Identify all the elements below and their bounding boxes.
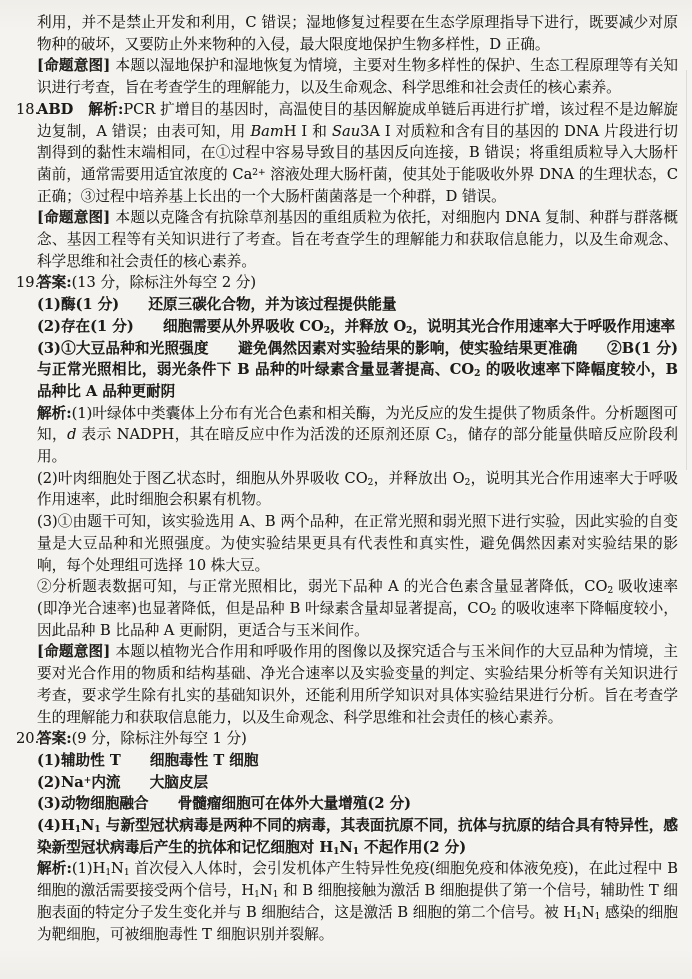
text-run: (13 分，除标注外每空 2 分) <box>72 274 257 291</box>
scanned-answer-key-page: 利用，并不是禁止开发和利用，C 错误；湿地修复过程要在生态学原理指导下进行，既要… <box>0 0 692 979</box>
text-run: (1)辅助性 T 细胞毒性 T 细胞 <box>37 752 258 769</box>
q17-intent: [命题意图] 本题以湿地保护和湿地恢复为情境，主要对生物多样性的保护、生态工程原… <box>37 55 678 98</box>
text-run: (9 分，除标注外每空 1 分) <box>72 730 247 747</box>
q19-analysis-2: (2)叶肉细胞处于图乙状态时，细胞从外界吸收 CO2，并释放出 O2，说明其光合… <box>37 468 678 511</box>
q20-answer-3: (3)动物细胞融合 骨髓瘤细胞可在体外大量增殖(2 分) <box>37 793 678 815</box>
text-run: 答案: <box>37 274 72 291</box>
text-run: (2)存在(1 分) 细胞需要从外界吸收 CO <box>37 318 324 335</box>
text-run: 本题以克隆含有抗除草剂基因的重组质粒为依托，对细胞内 DNA 复制、种群与群落概… <box>37 209 678 269</box>
item-number: 19. <box>16 272 39 294</box>
text-run: [命题意图] <box>37 57 116 74</box>
text-run: 解析: <box>37 405 72 422</box>
text-run: N <box>260 882 273 899</box>
item-number: 20. <box>16 728 39 750</box>
text-run: 表示 NADPH，其在暗反应中作为活泼的还原剂还原 C <box>76 426 446 443</box>
text-run: N <box>81 817 94 834</box>
q19-analysis-1: 解析:(1)叶绿体中类囊体上分布有光合色素和相关酶，为光反应的发生提供了物质条件… <box>37 403 678 468</box>
item-number: 18. <box>16 99 39 121</box>
text-run: ，并释放 O <box>330 318 406 335</box>
text-run <box>73 101 88 118</box>
text-run: 本题以湿地保护和湿地恢复为情境，主要对生物多样性的保护、生态工程原理等有关知识进… <box>37 57 678 96</box>
text-run: 利用，并不是禁止开发和利用，C 错误；湿地修复过程要在生态学原理指导下进行，既要… <box>37 14 678 53</box>
text-run: (1)酶(1 分) 还原三碳化合物，并为该过程提供能量 <box>37 296 396 313</box>
text-run: 不起作用(2 分) <box>359 839 466 856</box>
q20-answer-4: (4)H1N1 与新型冠状病毒是两种不同的病毒，其表面抗原不同，抗体与抗原的结合… <box>37 815 678 858</box>
text-run: 内流 大脑皮层 <box>91 774 208 791</box>
text-run: ABD <box>37 101 73 118</box>
text-run: 本题以植物光合作用和呼吸作用的图像以及探究适合与玉米间作的大豆品种为情境，主要对… <box>37 643 678 725</box>
text-run: 解析: <box>88 101 123 118</box>
q18-solution: 18.ABD 解析:PCR 扩增目的基因时，高温使目的基因解旋成单链后再进行扩增… <box>37 99 678 208</box>
text-run: (3)动物细胞融合 骨髓瘤细胞可在体外大量增殖(2 分) <box>37 795 411 812</box>
text-run: 解析: <box>37 860 72 877</box>
text-run: [命题意图] <box>37 643 116 660</box>
text-run: (3)①由题干可知，该实验选用 A、B 两个品种，在正常光照和弱光照下进行实验，… <box>37 513 678 573</box>
q19-answer-2: (2)存在(1 分) 细胞需要从外界吸收 CO2，并释放 O2，说明其光合作用速… <box>37 316 678 338</box>
text-run: N <box>111 860 124 877</box>
text-run: Sau <box>332 123 360 140</box>
q19-answer-3: (3)①大豆品种和光照强度 避免偶然因素对实验结果的影响，使实验结果更准确 ②B… <box>37 338 678 403</box>
document-body: 利用，并不是禁止开发和利用，C 错误；湿地修复过程要在生态学原理指导下进行，既要… <box>0 0 692 953</box>
scan-edge-artifact <box>686 70 687 470</box>
text-run: (4)H <box>37 817 75 834</box>
text-run: N <box>582 904 595 921</box>
text-run: (2)叶肉细胞处于图乙状态时，细胞从外界吸收 CO <box>37 470 368 487</box>
q19-answer-header: 19.答案:(13 分，除标注外每空 2 分) <box>37 272 678 294</box>
text-run: (2)Na <box>37 774 84 791</box>
q19-intent: [命题意图] 本题以植物光合作用和呼吸作用的图像以及探究适合与玉米间作的大豆品种… <box>37 641 678 728</box>
q19-answer-1: (1)酶(1 分) 还原三碳化合物，并为该过程提供能量 <box>37 294 678 316</box>
q19-analysis-3b: ②分析题表数据可知，与正常光照相比，弱光下品种 A 的光合色素含量显著降低，CO… <box>37 576 678 641</box>
text-run: ②分析题表数据可知，与正常光照相比，弱光下品种 A 的光合色素含量显著降低，CO <box>37 578 607 595</box>
text-run: 2+ <box>252 168 265 178</box>
q17-analysis-tail: 利用，并不是禁止开发和利用，C 错误；湿地修复过程要在生态学原理指导下进行，既要… <box>37 12 678 55</box>
text-run: [命题意图] <box>37 209 116 226</box>
q19-analysis-3a: (3)①由题干可知，该实验选用 A、B 两个品种，在正常光照和弱光照下进行实验，… <box>37 511 678 576</box>
q20-answer-header: 20.答案:(9 分，除标注外每空 1 分) <box>37 728 678 750</box>
q18-intent: [命题意图] 本题以克隆含有抗除草剂基因的重组质粒为依托，对细胞内 DNA 复制… <box>37 207 678 272</box>
text-run: Bam <box>250 123 283 140</box>
text-run: N <box>339 839 352 856</box>
text-run: 答案: <box>37 730 72 747</box>
q20-answer-2: (2)Na+内流 大脑皮层 <box>37 772 678 794</box>
q20-analysis: 解析:(1)H1N1 首次侵入人体时，会引发机体产生特异性免疫(细胞免疫和体液免… <box>37 858 678 945</box>
text-run: H Ⅰ 和 <box>284 123 332 140</box>
q20-answer-1: (1)辅助性 T 细胞毒性 T 细胞 <box>37 750 678 772</box>
text-run: (1)H <box>72 860 105 877</box>
text-run: ，并释放出 O <box>373 470 464 487</box>
text-run: ，说明其光合作用速率大于呼吸作用速率 <box>412 318 675 335</box>
